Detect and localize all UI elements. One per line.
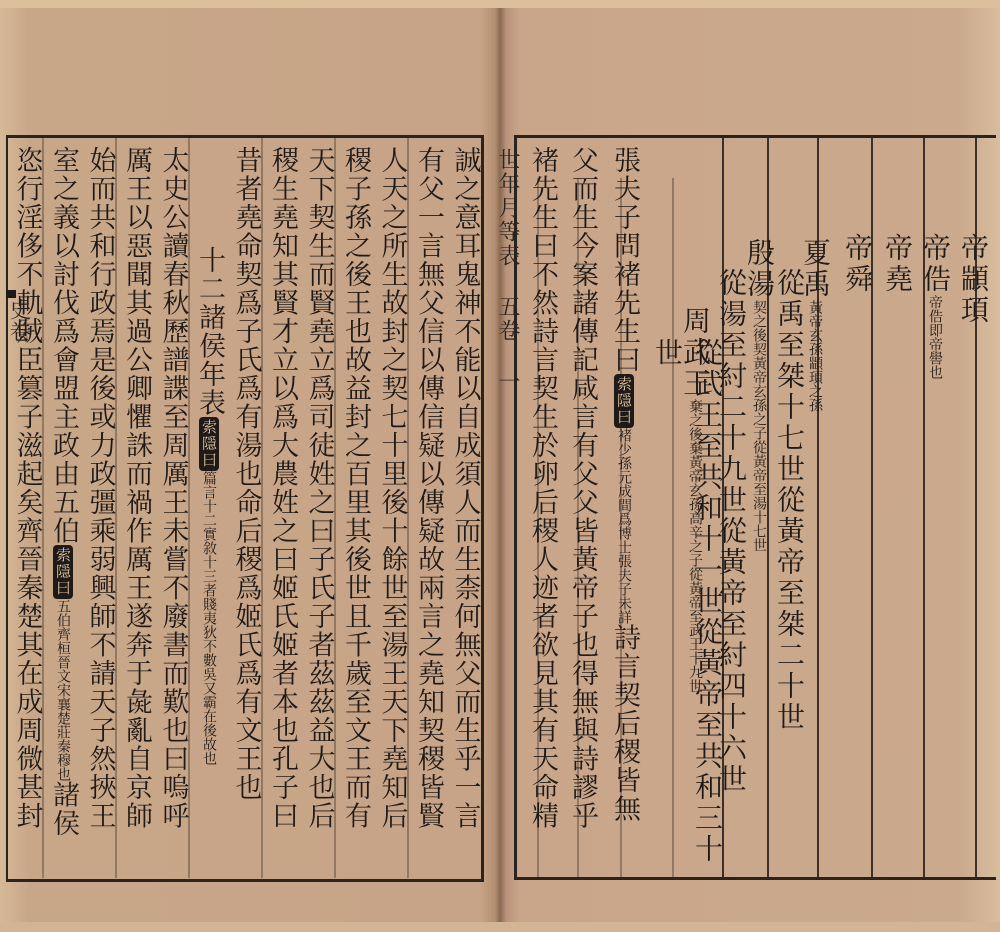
column-rule [334,138,336,878]
text-column: 誠之意耳鬼神不能以自成須人而生柰何無父而生乎一言 [446,146,484,830]
commentary-text: 褚先生曰不然詩言契生於卵后稷人迹者欲見其有天命精 [527,146,558,830]
text-column: 人天之所生故封之契七十里後十餘世至湯王天下堯知后 [373,146,411,830]
text-column: 十二諸侯年表索隱曰篇言十二實敘十三者賤夷狄不數吳又霸在後故也 [190,246,228,765]
column-text: 厲王以惡聞其過公卿懼誅而禍作厲王遂奔于彘亂自京師 [121,146,152,830]
ruler-name: 從武王至共和十一世從黃帝至共和三十世 [651,338,724,865]
annotation-note: 褚少孫元成間爲博士張夫子未詳 [616,428,632,624]
column-rule [407,138,409,878]
book-spread: 誠之意耳鬼神不能以自成須人而生柰何無父而生乎一言有父一言無父信以傳信疑以傳疑故兩… [0,0,1000,932]
column-text: 始而共和行政焉是後或力政彊乘弱興師不請天子然挾王 [85,146,116,830]
column-text: 太史公讀春秋歷譜諜至周厲王未嘗不廢書而歎也曰嗚呼 [158,146,189,830]
annotation-note: 五伯齊桓晉文宋襄楚莊秦穆也 [55,599,71,781]
text-column: 昔者堯命契爲子氏爲有湯也命后稷爲姬氏爲有文王也 [227,146,265,802]
left-page-frame: 誠之意耳鬼神不能以自成須人而生柰何無父而生乎一言有父一言無父信以傳信疑以傳疑故兩… [6,135,484,882]
column-text: 人天之所生故封之契七十里後十餘世至湯王天下堯知后 [377,146,408,830]
column-text: 有父一言無父信以傳信疑以傳疑故兩言之堯知契稷皆賢 [413,146,444,830]
column-rule [261,138,263,878]
text-column: 天下契生而賢堯立爲司徒姓之曰子氏子者茲茲益大也后 [300,146,338,830]
text-column: 有父一言無父信以傳信疑以傳疑故兩言之堯知契稷皆賢 [409,146,447,830]
commentary-text: 張夫子問褚先生曰 [609,146,640,374]
ruler-name: 帝舜 [841,233,874,295]
suoyin-tag: 索隱曰 [614,374,634,428]
column-text: 稷子孫之後王也故益封之百里其後世且千歲至文王而有 [340,146,371,830]
left-margin-label: 史卷 [3,298,34,342]
suoyin-tag: 索隱曰 [53,545,73,599]
column-text: 恣行淫侈不軌賊臣篡子滋起矣齊晉秦楚其在成周微甚封 [12,146,43,830]
text-column: 恣行淫侈不軌賊臣篡子滋起矣齊晉秦楚其在成周微甚封 [8,146,46,830]
ruler-name: 帝俈 [919,233,952,295]
ruler-note: 帝俈即帝嚳也 [927,295,942,379]
right-page-frame: 帝顓頊帝俈帝俈即帝嚳也帝堯帝舜夏禹黃帝玄孫顓頊之孫從禹至桀十七世從黃帝至桀二十世… [514,135,996,880]
genealogy-entry: 帝堯 [877,233,917,295]
genealogy-entry: 帝俈帝俈即帝嚳也 [915,233,955,379]
column-rule [42,138,44,878]
ruler-name: 帝堯 [881,233,914,295]
column-text: 十二諸侯年表 [194,246,225,417]
page-edge-top [0,0,1000,8]
text-column: 室之義以討伐爲會盟主政由五伯索隱曰五伯齊桓晉文宋襄楚莊秦穆也諸侯 [44,146,82,838]
ruler-note: 契之後契黃帝玄孫之子從黃帝至湯十七世 [751,300,766,552]
column-text: 天下契生而賢堯立爲司徒姓之曰子氏子者茲茲益大也后 [304,146,335,830]
ruler-note: 黃帝玄孫顓頊之孫 [807,300,822,412]
margin-mark [6,290,16,298]
suoyin-tag: 索隱曰 [199,417,219,471]
column-tail: 諸侯 [48,781,79,838]
column-rule [115,138,117,878]
genealogy-entry: 從武王至共和十一世從黃帝至共和三十世 [647,338,727,877]
text-column: 稷子孫之後王也故益封之百里其後世且千歲至文王而有 [336,146,374,830]
commentary-column: 父而生今案諸傳記咸言有父父皆黃帝子也得無與詩謬乎 [563,146,601,830]
genealogy-entry: 帝舜 [837,233,877,295]
column-text: 稷生堯知其賢才立以爲大農姓之曰姬氏姬者本也孔子曰 [267,146,298,830]
commentary-column: 張夫子問褚先生曰索隱曰褚少孫元成間爲博士張夫子未詳詩言契后稷皆無 [605,146,643,823]
page-edge-bottom [0,922,1000,932]
commentary-column: 褚先生曰不然詩言契生於卵后稷人迹者欲見其有天命精 [523,146,561,830]
genealogy-entry: 帝顓頊 [953,233,993,326]
text-column: 厲王以惡聞其過公卿懼誅而禍作厲王遂奔于彘亂自京師 [117,146,155,830]
column-text: 誠之意耳鬼神不能以自成須人而生柰何無父而生乎一言 [450,146,481,830]
column-text: 室之義以討伐爲會盟主政由五伯 [48,146,79,545]
text-column: 太史公讀春秋歷譜諜至周厲王未嘗不廢書而歎也曰嗚呼 [154,146,192,830]
commentary-text: 父而生今案諸傳記咸言有父父皆黃帝子也得無與詩謬乎 [567,146,598,830]
annotation-note: 篇言十二實敘十三者賤夷狄不數吳又霸在後故也 [201,471,217,765]
commentary-tail: 詩言契后稷皆無 [609,624,640,824]
text-column: 始而共和行政焉是後或力政彊乘弱興師不請天子然挾王 [81,146,119,830]
ruler-name: 帝顓頊 [957,233,990,326]
text-column: 稷生堯知其賢才立以爲大農姓之曰姬氏姬者本也孔子曰 [263,146,301,830]
column-rule [188,138,190,878]
column-text: 昔者堯命契爲子氏爲有湯也命后稷爲姬氏爲有文王也 [231,146,262,802]
